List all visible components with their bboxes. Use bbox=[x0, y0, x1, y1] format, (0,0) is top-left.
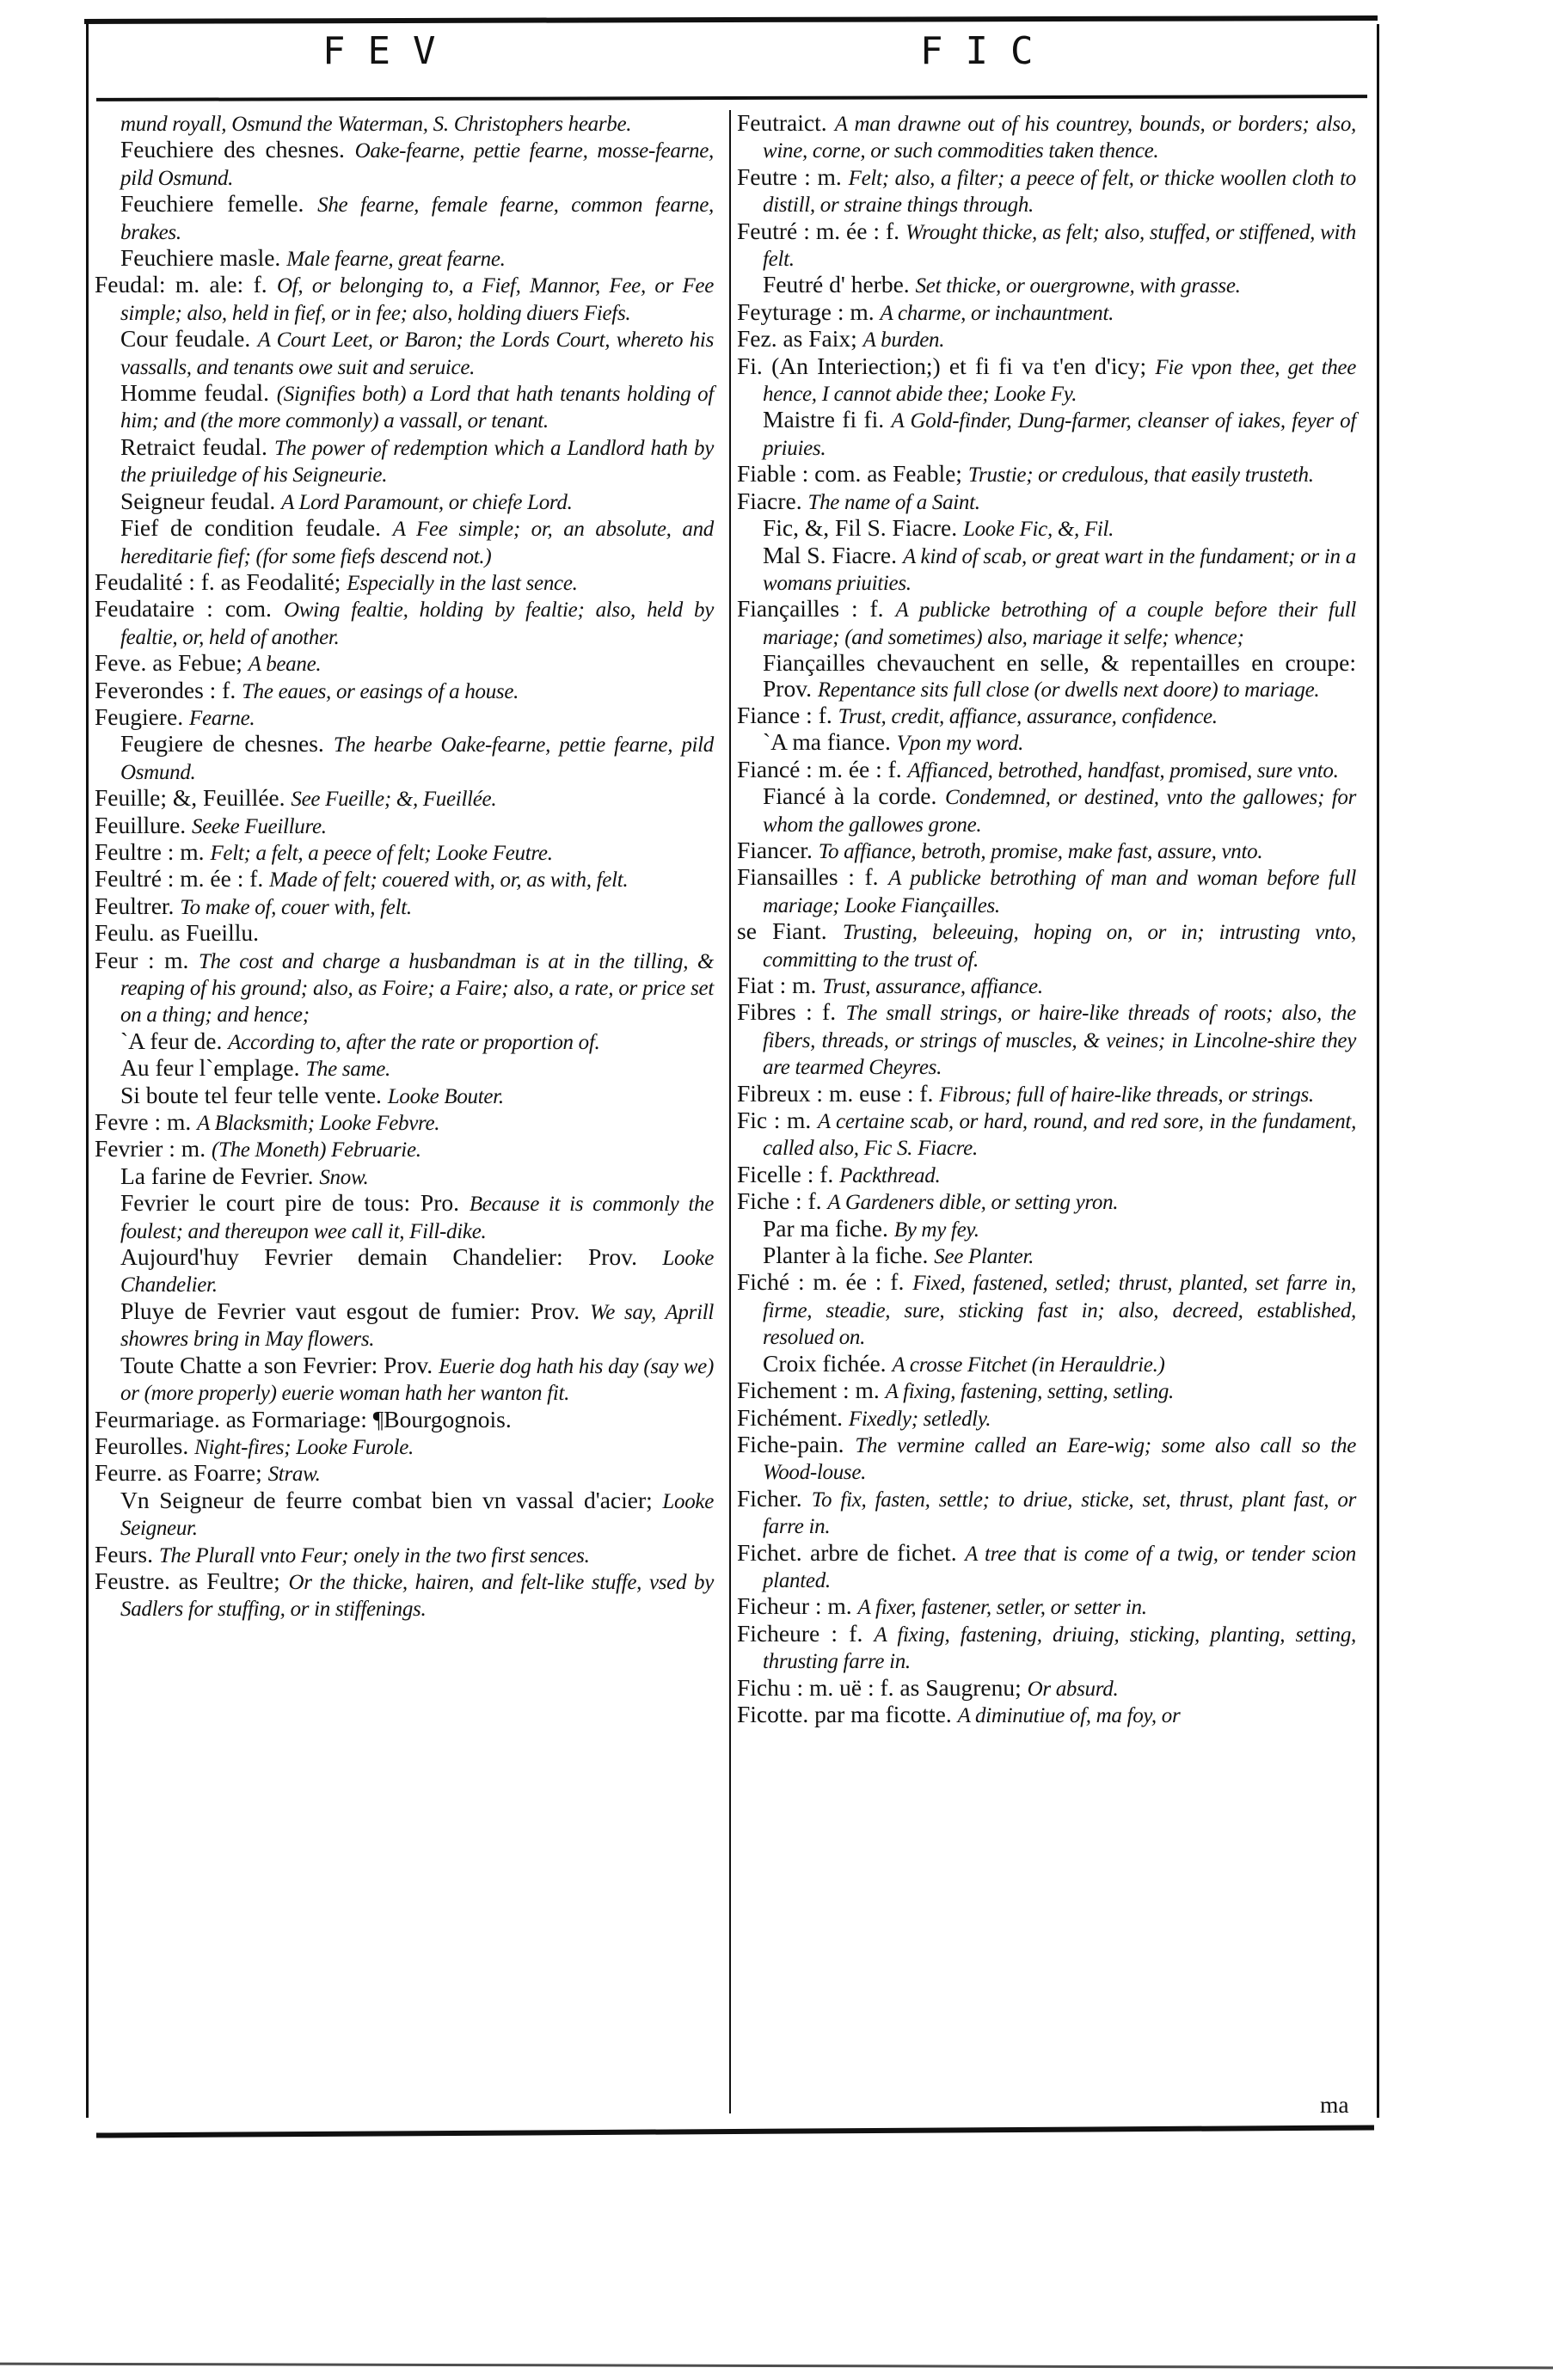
entry-headword: Vn Seigneur de feurre combat bien vn vas… bbox=[120, 1487, 653, 1513]
entry-headword: Ficher. bbox=[737, 1485, 802, 1512]
column-divider bbox=[729, 110, 731, 2113]
entry-definition: A certaine scab, or hard, round, and red… bbox=[763, 1110, 1356, 1160]
entry-headword: Au feur l`emplage. bbox=[120, 1054, 299, 1081]
entry-headword: Feultre : m. bbox=[95, 838, 205, 865]
dictionary-entry: Feudalité : f. as Feodalité; Especially … bbox=[95, 569, 714, 596]
dictionary-entry: Feuchiere femelle. She fearne, female fe… bbox=[95, 191, 714, 245]
entry-headword: Planter à la fiche. bbox=[763, 1242, 928, 1268]
entry-definition: Looke Bouter. bbox=[388, 1085, 504, 1108]
entry-definition: Straw. bbox=[268, 1463, 321, 1486]
dictionary-entry: Aujourd'huy Fevrier demain Chandelier: P… bbox=[95, 1244, 714, 1298]
entry-headword: Feudalité : f. as Feodalité; bbox=[95, 568, 341, 595]
entry-headword: Fiche : f. bbox=[737, 1187, 822, 1214]
dictionary-entry: Au feur l`emplage. The same. bbox=[95, 1055, 714, 1082]
entry-headword: Ficotte. par ma ficotte. bbox=[737, 1701, 952, 1727]
entry-headword: Mal S. Fiacre. bbox=[763, 542, 897, 568]
entry-headword: Fiche-pain. bbox=[737, 1431, 844, 1457]
dictionary-entry: La farine de Fevrier. Snow. bbox=[95, 1163, 714, 1190]
entry-definition: A man drawne out of his countrey, bounds… bbox=[763, 113, 1356, 163]
dictionary-entry: `A feur de. According to, after the rate… bbox=[95, 1028, 714, 1055]
dictionary-entry: Vn Seigneur de feurre combat bien vn vas… bbox=[95, 1487, 714, 1542]
entry-definition: Felt; a felt, a peece of felt; Looke Feu… bbox=[210, 842, 552, 865]
entry-definition: mund royall, Osmund the Waterman, S. Chr… bbox=[120, 113, 631, 136]
dictionary-entry: Fic : m. A certaine scab, or hard, round… bbox=[737, 1107, 1356, 1162]
entry-definition: Vpon my word. bbox=[897, 732, 1023, 755]
dictionary-entry: Fiché : m. ée : f. Fixed, fastened, setl… bbox=[737, 1269, 1356, 1350]
entry-definition: To affiance, betroth, promise, make fast… bbox=[819, 840, 1263, 863]
dictionary-entry: Fevrier le court pire de tous: Pro. Beca… bbox=[95, 1190, 714, 1244]
dictionary-entry: se Fiant. Trusting, beleeuing, hoping on… bbox=[737, 918, 1356, 972]
dictionary-entry: Fiance : f. Trust, credit, affiance, ass… bbox=[737, 702, 1356, 729]
dictionary-entry: Fic, &, Fil S. Fiacre. Looke Fic, &, Fil… bbox=[737, 515, 1356, 542]
entry-definition: Seeke Fueillure. bbox=[192, 815, 327, 838]
dictionary-entry: Fiançailles : f. A publicke betrothing o… bbox=[737, 596, 1356, 650]
entry-headword: Fiancé : m. ée : f. bbox=[737, 756, 902, 782]
dictionary-entry: mund royall, Osmund the Waterman, S. Chr… bbox=[95, 110, 714, 137]
entry-headword: Feugiere. bbox=[95, 703, 183, 730]
dictionary-entry: Fiche-pain. The vermine called an Eare-w… bbox=[737, 1432, 1356, 1486]
dictionary-entry: Feugiere de chesnes. The hearbe Oake-fea… bbox=[95, 731, 714, 785]
entry-headword: Ficheure : f. bbox=[737, 1620, 862, 1647]
dictionary-entry: Fez. as Faix; A burden. bbox=[737, 326, 1356, 353]
entry-definition: The same. bbox=[305, 1058, 390, 1081]
left-column: mund royall, Osmund the Waterman, S. Chr… bbox=[95, 110, 714, 1622]
dictionary-entry: Mal S. Fiacre. A kind of scab, or great … bbox=[737, 543, 1356, 597]
dictionary-entry: Retraict feudal. The power of redemption… bbox=[95, 434, 714, 488]
dictionary-entry: Fiansailles : f. A publicke betrothing o… bbox=[737, 864, 1356, 918]
entry-headword: Fichet. arbre de fichet. bbox=[737, 1539, 957, 1566]
dictionary-entry: Fibreux : m. euse : f. Fibrous; full of … bbox=[737, 1081, 1356, 1107]
dictionary-entry: Feuchiere masle. Male fearne, great fear… bbox=[95, 245, 714, 272]
entry-headword: Feurre. as Foarre; bbox=[95, 1459, 262, 1486]
entry-definition: Made of felt; couered with, or, as with,… bbox=[269, 868, 628, 892]
entry-definition: Affianced, betrothed, handfast, promised… bbox=[908, 759, 1339, 782]
entry-headword: Fiansailles : f. bbox=[737, 863, 878, 890]
entry-headword: Feur : m. bbox=[95, 947, 188, 973]
dictionary-entry: Feuillure. Seeke Fueillure. bbox=[95, 813, 714, 839]
dictionary-entry: Fiable : com. as Feable; Trustie; or cre… bbox=[737, 461, 1356, 488]
running-head-left: FEV bbox=[322, 29, 457, 73]
entry-headword: Fic, &, Fil S. Fiacre. bbox=[763, 514, 957, 541]
dictionary-entry: Fibres : f. The small strings, or haire-… bbox=[737, 999, 1356, 1080]
dictionary-entry: Fiançailles chevauchent en selle, & repe… bbox=[737, 650, 1356, 702]
entry-headword: Croix fichée. bbox=[763, 1350, 887, 1377]
entry-definition: Male fearne, great fearne. bbox=[286, 248, 505, 271]
dictionary-entry: Ficotte. par ma ficotte. A diminutiue of… bbox=[737, 1702, 1356, 1728]
dictionary-entry: Feurmariage. as Formariage: ¶Bourgognois… bbox=[95, 1407, 714, 1433]
dictionary-entry: Feutre : m. Felt; also, a filter; a peec… bbox=[737, 164, 1356, 218]
dictionary-entry: Homme feudal. (Signifies both) a Lord th… bbox=[95, 380, 714, 434]
entry-headword: Feurolles. bbox=[95, 1432, 188, 1459]
entry-definition: Set thicke, or ouergrowne, with grasse. bbox=[916, 274, 1241, 297]
entry-definition: Or absurd. bbox=[1028, 1678, 1119, 1701]
entry-headword: Feustre. as Feultre; bbox=[95, 1567, 280, 1594]
entry-headword: Maistre fi fi. bbox=[763, 406, 884, 432]
entry-headword: Fevre : m. bbox=[95, 1108, 191, 1135]
running-head-right: FIC bbox=[920, 29, 1055, 73]
scan-edge-line bbox=[0, 2363, 1553, 2370]
dictionary-entry: Fevre : m. A Blacksmith; Looke Febvre. bbox=[95, 1109, 714, 1136]
dictionary-entry: Croix fichée. A crosse Fitchet (in Herau… bbox=[737, 1351, 1356, 1377]
entry-definition: (The Moneth) Februarie. bbox=[212, 1138, 421, 1162]
entry-definition: The Plurall vnto Feur; onely in the two … bbox=[159, 1544, 590, 1567]
dictionary-entry: Feverondes : f. The eaues, or easings of… bbox=[95, 678, 714, 704]
entry-headword: Feultrer. bbox=[95, 892, 174, 919]
entry-headword: Feurs. bbox=[95, 1541, 153, 1567]
dictionary-entry: Fiacre. The name of a Saint. bbox=[737, 488, 1356, 515]
entry-headword: `A feur de. bbox=[120, 1027, 222, 1054]
dictionary-entry: Fiancé à la corde. Condemned, or destine… bbox=[737, 783, 1356, 837]
entry-headword: Fiat : m. bbox=[737, 972, 816, 998]
entry-headword: Fez. as Faix; bbox=[737, 325, 857, 352]
entry-headword: Par ma fiche. bbox=[763, 1215, 888, 1242]
entry-definition: Fixedly; setledly. bbox=[849, 1408, 991, 1431]
dictionary-entry: Fevrier : m. (The Moneth) Februarie. bbox=[95, 1136, 714, 1162]
entry-headword: Cour feudale. bbox=[120, 325, 250, 352]
dictionary-entry: Ficher. To fix, fasten, settle; to driue… bbox=[737, 1486, 1356, 1540]
entry-headword: Feutraict. bbox=[737, 109, 827, 136]
entry-headword: Feuchiere masle. bbox=[120, 244, 280, 271]
dictionary-entry: Fief de condition feudale. A Fee simple;… bbox=[95, 515, 714, 569]
dictionary-entry: Ficheur : m. A fixer, fastener, setler, … bbox=[737, 1593, 1356, 1620]
dictionary-entry: Si boute tel feur telle vente. Looke Bou… bbox=[95, 1083, 714, 1109]
dictionary-entry: Feulu. as Fueillu. bbox=[95, 920, 714, 947]
entry-definition: A fixer, fastener, setler, or setter in. bbox=[858, 1596, 1147, 1619]
entry-headword: Fichu : m. uë : f. as Saugrenu; bbox=[737, 1674, 1022, 1701]
dictionary-entry: Feudataire : com. Owing fealtie, holding… bbox=[95, 596, 714, 650]
dictionary-entry: Feultré : m. ée : f. Made of felt; couer… bbox=[95, 866, 714, 892]
dictionary-entry: Planter à la fiche. See Planter. bbox=[737, 1242, 1356, 1269]
entry-headword: Pluye de Fevrier vaut esgout de fumier: … bbox=[120, 1297, 580, 1324]
entry-headword: Feurmariage. as Formariage: ¶Bourgognois… bbox=[95, 1406, 512, 1432]
entry-headword: Fief de condition feudale. bbox=[120, 514, 381, 541]
entry-headword: Ficelle : f. bbox=[737, 1161, 833, 1187]
entry-headword: Feudataire : com. bbox=[95, 595, 272, 622]
entry-headword: Feultré : m. ée : f. bbox=[95, 865, 263, 892]
entry-headword: Fi. (An Interiection;) et fi fi va t'en … bbox=[737, 353, 1146, 379]
entry-headword: Feuillure. bbox=[95, 812, 186, 838]
dictionary-entry: Pluye de Fevrier vaut esgout de fumier: … bbox=[95, 1298, 714, 1353]
entry-definition: A fixing, fastening, setting, setling. bbox=[886, 1380, 1174, 1403]
catchword: ma bbox=[1320, 2091, 1349, 2119]
entry-headword: Fibres : f. bbox=[737, 998, 836, 1025]
entry-headword: Feve. as Febue; bbox=[95, 649, 242, 676]
dictionary-entry: Feultre : m. Felt; a felt, a peece of fe… bbox=[95, 839, 714, 866]
entry-definition: Night-fires; Looke Furole. bbox=[194, 1436, 414, 1459]
entry-headword: Feverondes : f. bbox=[95, 677, 236, 703]
dictionary-entry: Feutré d' herbe. Set thicke, or ouergrow… bbox=[737, 272, 1356, 298]
dictionary-entry: Feurolles. Night-fires; Looke Furole. bbox=[95, 1433, 714, 1460]
entry-definition: A Blacksmith; Looke Febvre. bbox=[197, 1112, 439, 1135]
entry-definition: Repentance sits full close (or dwells ne… bbox=[818, 678, 1319, 702]
entry-definition: Fibrous; full of haire-like threads, or … bbox=[939, 1083, 1314, 1107]
entry-definition: A charme, or inchauntment. bbox=[881, 302, 1114, 325]
dictionary-entry: Fiat : m. Trust, assurance, affiance. bbox=[737, 972, 1356, 999]
entry-headword: Ficheur : m. bbox=[737, 1592, 852, 1619]
entry-definition: The cost and charge a husbandman is at i… bbox=[120, 950, 714, 1027]
entry-definition: The name of a Saint. bbox=[807, 491, 979, 514]
entry-definition: A Gardeners dible, or setting yron. bbox=[827, 1191, 1118, 1214]
entry-headword: Toute Chatte a son Fevrier: Prov. bbox=[120, 1352, 433, 1378]
entry-headword: Fiançailles : f. bbox=[737, 595, 884, 622]
entry-definition: Especially in the last sence. bbox=[347, 572, 577, 595]
dictionary-entry: Fichet. arbre de fichet. A tree that is … bbox=[737, 1540, 1356, 1594]
entry-definition: A Lord Paramount, or chiefe Lord. bbox=[281, 491, 573, 514]
entry-definition: The vermine called an Eare-wig; some als… bbox=[763, 1434, 1356, 1484]
entry-definition: Snow. bbox=[319, 1166, 368, 1189]
dictionary-entry: Feurs. The Plurall vnto Feur; onely in t… bbox=[95, 1542, 714, 1568]
dictionary-entry: Fiancé : m. ée : f. Affianced, betrothed… bbox=[737, 757, 1356, 783]
entry-headword: Fevrier : m. bbox=[95, 1135, 206, 1162]
dictionary-entry: Feustre. as Feultre; Or the thicke, hair… bbox=[95, 1568, 714, 1622]
entry-headword: Aujourd'huy Fevrier demain Chandelier: P… bbox=[120, 1243, 637, 1270]
entry-headword: Feutre : m. bbox=[737, 163, 842, 190]
entry-headword: Feutré : m. ée : f. bbox=[737, 218, 899, 244]
entry-headword: Fibreux : m. euse : f. bbox=[737, 1080, 933, 1107]
dictionary-entry: Seigneur feudal. A Lord Paramount, or ch… bbox=[95, 488, 714, 515]
dictionary-entry: Feultrer. To make of, couer with, felt. bbox=[95, 893, 714, 920]
right-column: Feutraict. A man drawne out of his count… bbox=[737, 110, 1356, 1728]
entry-headword: Fevrier le court pire de tous: Pro. bbox=[120, 1189, 459, 1216]
dictionary-entry: `A ma fiance. Vpon my word. bbox=[737, 729, 1356, 756]
dictionary-entry: Fiancer. To affiance, betroth, promise, … bbox=[737, 837, 1356, 864]
dictionary-entry: Cour feudale. A Court Leet, or Baron; th… bbox=[95, 326, 714, 380]
entry-headword: se Fiant. bbox=[737, 917, 827, 944]
entry-headword: Fiable : com. as Feable; bbox=[737, 460, 962, 487]
entry-headword: Feuille; &, Feuillée. bbox=[95, 784, 285, 811]
entry-headword: Retraict feudal. bbox=[120, 433, 267, 460]
dictionary-entry: Fichement : m. A fixing, fastening, sett… bbox=[737, 1377, 1356, 1404]
dictionary-entry: Ficelle : f. Packthread. bbox=[737, 1162, 1356, 1188]
entry-headword: Si boute tel feur telle vente. bbox=[120, 1082, 382, 1108]
dictionary-entry: Feve. as Febue; A beane. bbox=[95, 650, 714, 677]
entry-definition: The eaues, or easings of a house. bbox=[242, 680, 519, 703]
entry-headword: Feugiere de chesnes. bbox=[120, 730, 324, 757]
entry-headword: Feulu. as Fueillu. bbox=[95, 919, 259, 946]
dictionary-entry: Ficheure : f. A fixing, fastening, driui… bbox=[737, 1621, 1356, 1675]
dictionary-entry: Feudal: m. ale: f. Of, or belonging to, … bbox=[95, 272, 714, 326]
bottom-border-rule bbox=[96, 2125, 1374, 2138]
entry-definition: Packthread. bbox=[839, 1164, 940, 1187]
dictionary-entry: Feugiere. Fearne. bbox=[95, 704, 714, 731]
top-border-rule bbox=[84, 15, 1378, 24]
entry-definition: Trust, assurance, affiance. bbox=[822, 975, 1043, 998]
entry-headword: Fichement : m. bbox=[737, 1377, 880, 1403]
entry-definition: A burden. bbox=[863, 328, 945, 352]
dictionary-entry: Maistre fi fi. A Gold-finder, Dung-farme… bbox=[737, 407, 1356, 461]
entry-definition: Trust, credit, affiance, assurance, conf… bbox=[838, 705, 1218, 728]
dictionary-entry: Fiche : f. A Gardeners dible, or setting… bbox=[737, 1188, 1356, 1215]
entry-definition: According to, after the rate or proporti… bbox=[228, 1031, 599, 1054]
entry-headword: Fichément. bbox=[737, 1404, 843, 1431]
dictionary-entry: Toute Chatte a son Fevrier: Prov. Euerie… bbox=[95, 1353, 714, 1407]
entry-definition: Fearne. bbox=[189, 707, 255, 730]
entry-headword: Fiacre. bbox=[737, 488, 802, 514]
entry-definition: To make of, couer with, felt. bbox=[180, 896, 412, 919]
entry-definition: A diminutiue of, ma foy, or bbox=[958, 1704, 1181, 1727]
entry-definition: The small strings, or haire-like threads… bbox=[763, 1002, 1356, 1079]
entry-definition: Trusting, beleeuing, hoping on, or in; i… bbox=[763, 921, 1356, 971]
entry-headword: Homme feudal. bbox=[120, 379, 269, 406]
entry-headword: Seigneur feudal. bbox=[120, 488, 275, 514]
entry-headword: Fiancer. bbox=[737, 837, 813, 863]
entry-definition: See Planter. bbox=[934, 1245, 1034, 1268]
entry-headword: Feudal: m. ale: f. bbox=[95, 271, 267, 297]
entry-definition: By my fey. bbox=[894, 1218, 979, 1242]
dictionary-entry: Feuille; &, Feuillée. See Fueille; &, Fu… bbox=[95, 785, 714, 812]
dictionary-entry: Fichément. Fixedly; setledly. bbox=[737, 1405, 1356, 1432]
dictionary-entry: Fichu : m. uë : f. as Saugrenu; Or absur… bbox=[737, 1675, 1356, 1702]
dictionary-entry: Feutré : m. ée : f. Wrought thicke, as f… bbox=[737, 218, 1356, 273]
entry-headword: Feyturage : m. bbox=[737, 298, 875, 325]
dictionary-entry: Fi. (An Interiection;) et fi fi va t'en … bbox=[737, 353, 1356, 408]
entry-headword: Fiché : m. ée : f. bbox=[737, 1268, 904, 1295]
entry-headword: Feutré d' herbe. bbox=[763, 271, 910, 297]
entry-headword: `A ma fiance. bbox=[763, 728, 891, 755]
entry-headword: Feuchiere femelle. bbox=[120, 190, 304, 217]
entry-definition: Looke Fic, &, Fil. bbox=[963, 518, 1114, 541]
dictionary-entry: Par ma fiche. By my fey. bbox=[737, 1216, 1356, 1242]
dictionary-entry: Feyturage : m. A charme, or inchauntment… bbox=[737, 299, 1356, 326]
entry-headword: Fiancé à la corde. bbox=[763, 782, 936, 809]
entry-definition: A crosse Fitchet (in Herauldrie.) bbox=[892, 1353, 1164, 1377]
entry-definition: Felt; also, a filter; a peece of felt, o… bbox=[763, 167, 1356, 217]
entry-headword: Fic : m. bbox=[737, 1107, 811, 1133]
dictionary-entry: Feur : m. The cost and charge a husbandm… bbox=[95, 948, 714, 1028]
entry-headword: La farine de Fevrier. bbox=[120, 1162, 313, 1189]
entry-definition: A beane. bbox=[249, 653, 322, 676]
entry-headword: Fiance : f. bbox=[737, 702, 832, 728]
entry-definition: To fix, fasten, settle; to driue, sticke… bbox=[763, 1488, 1356, 1538]
dictionary-entry: Feutraict. A man drawne out of his count… bbox=[737, 110, 1356, 164]
entry-definition: See Fueille; &, Fueillée. bbox=[291, 788, 496, 811]
dictionary-entry: Feuchiere des chesnes. Oake-fearne, pett… bbox=[95, 137, 714, 191]
entry-headword: Feuchiere des chesnes. bbox=[120, 136, 345, 163]
entry-definition: Trustie; or credulous, that easily trust… bbox=[968, 463, 1314, 487]
dictionary-entry: Feurre. as Foarre; Straw. bbox=[95, 1460, 714, 1487]
